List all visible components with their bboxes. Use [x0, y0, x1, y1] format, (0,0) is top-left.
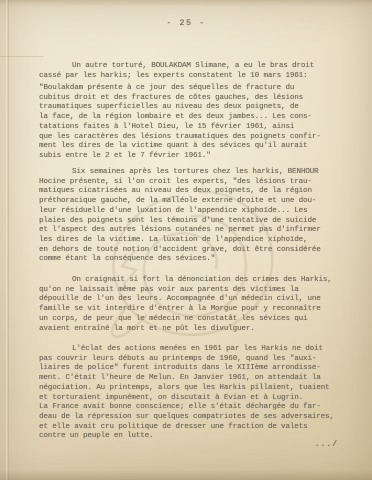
paper-crease-line: [0, 56, 44, 57]
paragraph-morgue: On craignait si fort la dénonciation des…: [39, 276, 349, 334]
paper-left-edge-shadow: [6, 0, 9, 480]
paragraph-expert-quote-boulakdam: "Boulakdam présente à ce jour des séquel…: [39, 84, 349, 162]
paper-top-edge-shadow: [0, 0, 372, 7]
paper-bottom-edge-shadow: [0, 470, 372, 480]
paragraph-intro-boulakdam: Un autre torturé, BOULAKDAM Slimane, a e…: [39, 62, 349, 81]
scanned-document-page: - 25 - Un autre torturé, BOULAKDAM Slima…: [0, 0, 372, 480]
paragraph-harkis-1961: L'éclat des actions menées en 1961 par l…: [39, 345, 349, 442]
paragraph-benhour-hocine: Six semaines après les tortures chez les…: [39, 168, 349, 265]
continuation-mark: .../: [315, 440, 338, 449]
page-number: - 25 -: [0, 18, 372, 28]
